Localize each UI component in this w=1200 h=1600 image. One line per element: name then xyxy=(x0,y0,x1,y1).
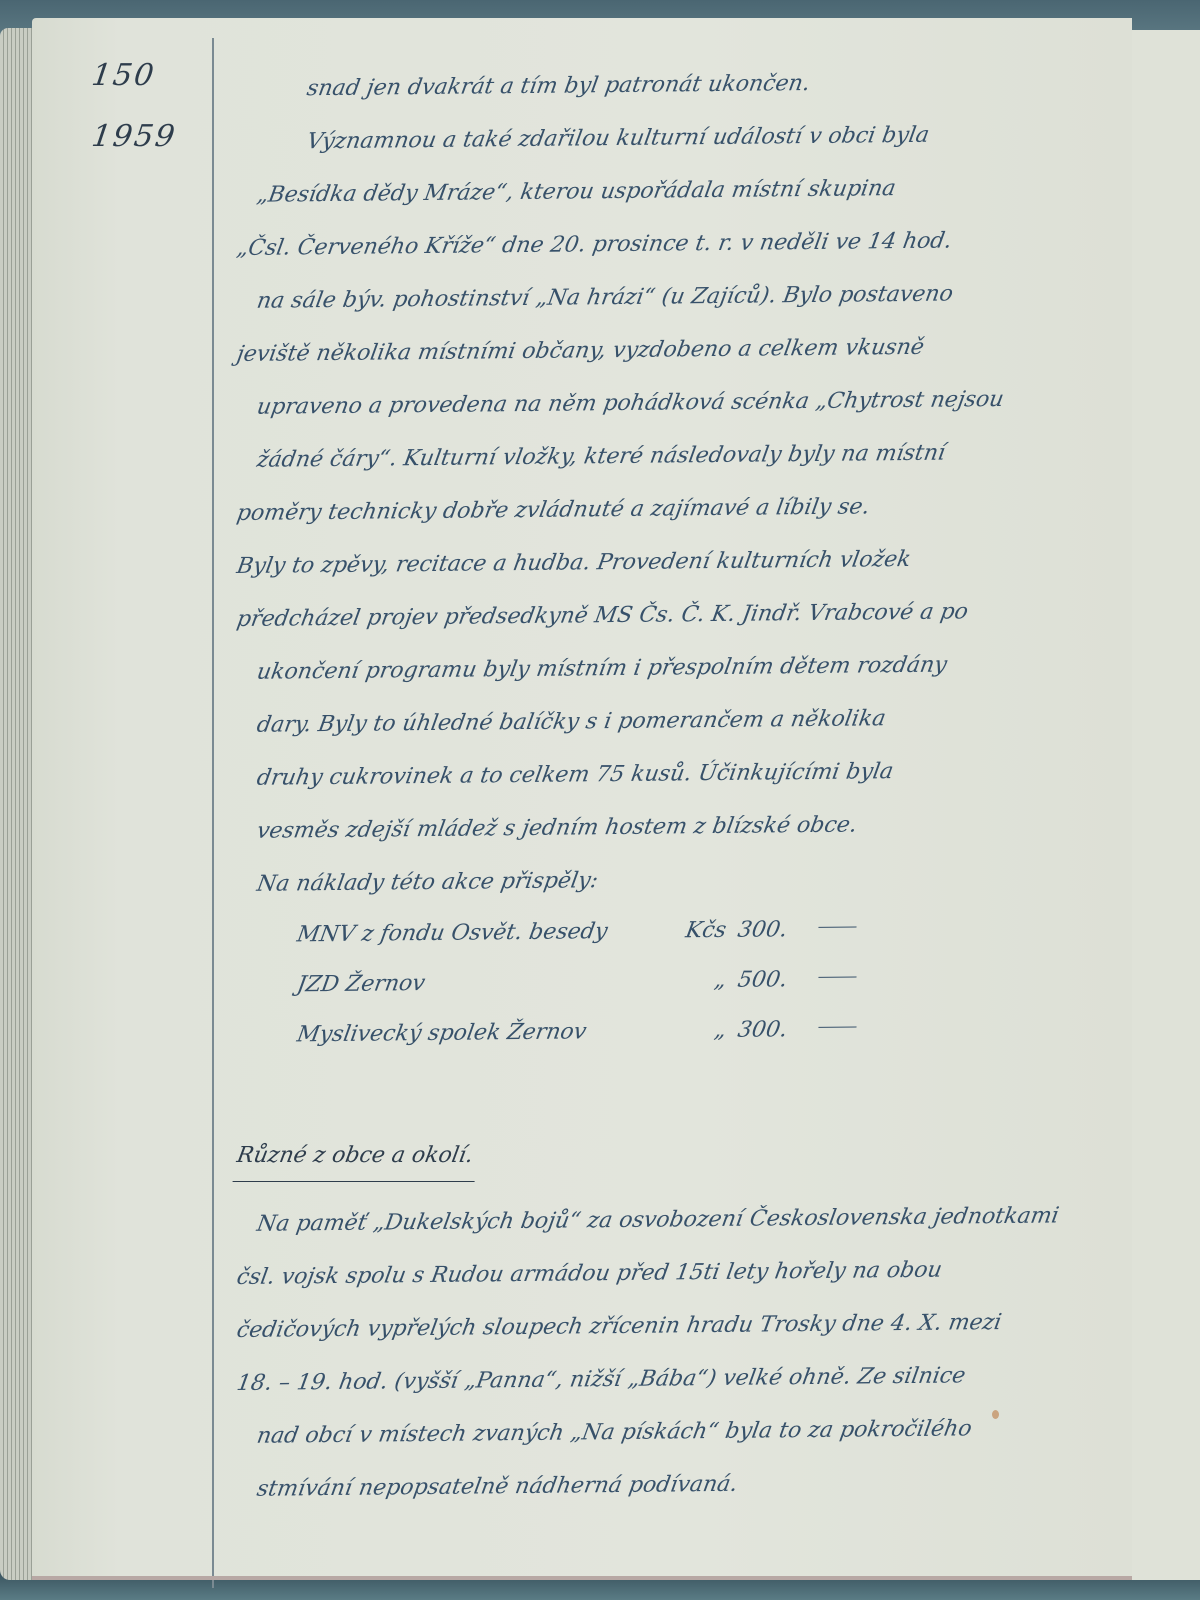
text-line: stmívání nepopsatelně nádherná podívaná. xyxy=(233,1454,1113,1516)
contribution-currency: Kčs xyxy=(674,906,742,957)
margin-rule-line xyxy=(212,38,214,1588)
amount-dash xyxy=(814,977,857,1005)
text-line: Významnou a také zdařilou kulturní událo… xyxy=(233,107,1113,169)
text-line: druhy cukrovinek a to celkem 75 kusů. Úč… xyxy=(233,743,1113,805)
text-line: „Čsl. Červeného Kříže“ dne 20. prosince … xyxy=(233,213,1113,275)
text-line: Na paměť „Dukelských bojů“ za osvobození… xyxy=(233,1189,1113,1251)
text-line: nad obcí v místech zvaných „Na pískách“ … xyxy=(233,1401,1113,1463)
text-line: na sále býv. pohostinství „Na hrázi“ (u … xyxy=(233,266,1113,328)
contributions-list: MNV z fondu Osvět. besedy Kčs 300. JZD Ž… xyxy=(237,911,1107,1061)
contribution-currency: „ xyxy=(674,1006,742,1057)
text-line: vesměs zdejší mládež s jedním hostem z b… xyxy=(233,796,1113,858)
page-body: snad jen dvakrát a tím byl patronát ukon… xyxy=(237,63,1107,1516)
chronicle-page: 150 1959 snad jen dvakrát a tím byl patr… xyxy=(32,18,1132,1580)
paragraph-dukla: Na paměť „Dukelských bojů“ za osvobození… xyxy=(237,1198,1107,1516)
text-line: předcházel projev předsedkyně MS Čs. Č. … xyxy=(233,584,1113,646)
text-line: upraveno a provedena na něm pohádková sc… xyxy=(233,372,1113,434)
contribution-row: MNV z fondu Osvět. besedy Kčs 300. xyxy=(233,902,1113,961)
text-line: ukončení programu byly místním i přespol… xyxy=(233,637,1113,699)
contribution-amount: 300. xyxy=(734,1005,822,1056)
contribution-amount: 500. xyxy=(734,955,822,1006)
contribution-source: JZD Žernov xyxy=(293,956,682,1010)
amount-dash xyxy=(814,927,857,955)
text-line: 18. – 19. hod. (vyšší „Panna“, nižší „Bá… xyxy=(233,1348,1113,1410)
text-line: dary. Byly to úhledné balíčky s i pomera… xyxy=(233,690,1113,752)
text-line: jeviště několika místními občany, vyzdob… xyxy=(233,319,1113,381)
text-line: snad jen dvakrát a tím byl patronát ukon… xyxy=(233,54,1113,116)
book-page-stack-edge xyxy=(0,28,36,1580)
year-label: 1959 xyxy=(90,119,205,154)
text-line: žádné čáry“. Kulturní vložky, které násl… xyxy=(233,425,1113,487)
contribution-row: JZD Žernov „ 500. xyxy=(233,952,1113,1011)
text-line: „Besídka dědy Mráze“, kterou uspořádala … xyxy=(233,160,1113,222)
text-line: čsl. vojsk spolu s Rudou armádou před 15… xyxy=(233,1242,1113,1304)
text-line: čedičových vypřelých sloupech zřícenin h… xyxy=(233,1295,1113,1357)
contribution-amount: 300. xyxy=(734,905,822,956)
contribution-currency: „ xyxy=(674,956,742,1007)
contribution-source: Myslivecký spolek Žernov xyxy=(293,1006,682,1060)
amount-dash xyxy=(814,1027,857,1055)
facing-page-edge xyxy=(1130,30,1200,1580)
contribution-row: Myslivecký spolek Žernov „ 300. xyxy=(233,1002,1113,1061)
page-number: 150 xyxy=(90,58,205,93)
section-heading: Různé z obce a okolí. xyxy=(233,1131,484,1182)
text-line: poměry technicky dobře zvládnuté a zajím… xyxy=(233,478,1113,540)
text-line: Na náklady této akce přispěly: xyxy=(233,849,1113,911)
paragraph-besidka: snad jen dvakrát a tím byl patronát ukon… xyxy=(237,63,1107,911)
contribution-source: MNV z fondu Osvět. besedy xyxy=(293,906,682,960)
text-line: Byly to zpěvy, recitace a hudba. Provede… xyxy=(233,531,1113,593)
page-margin: 150 1959 xyxy=(92,58,202,180)
